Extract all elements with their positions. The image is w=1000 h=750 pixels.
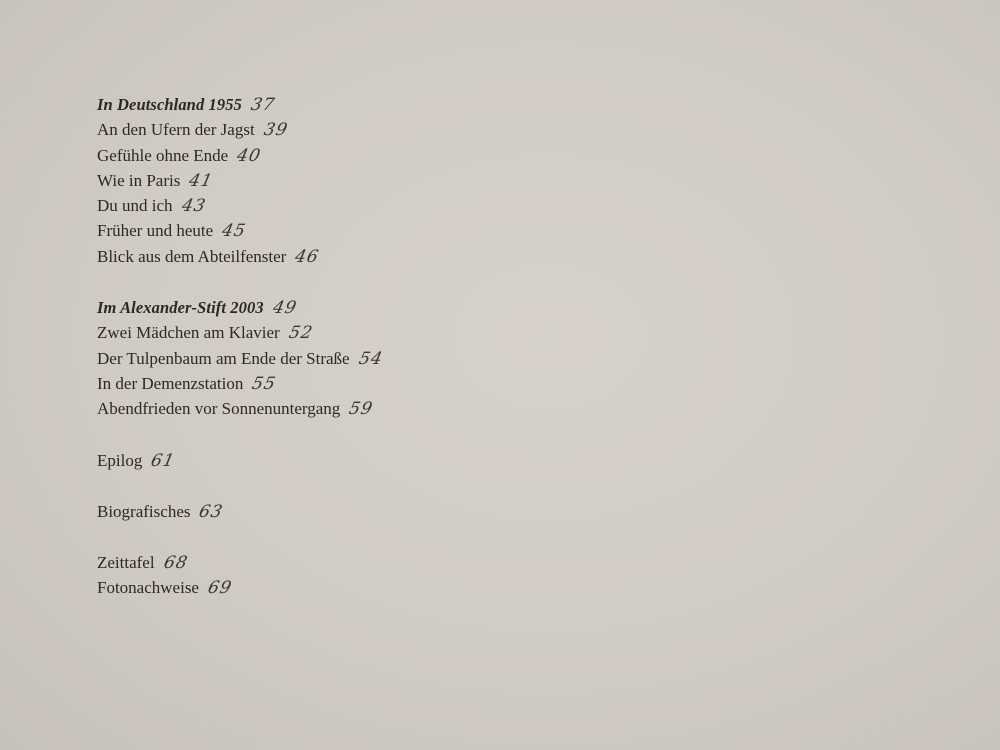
book-page: In Deutschland 1955 37 An den Ufern der … bbox=[0, 0, 1000, 750]
page-number: 59 bbox=[347, 397, 376, 422]
toc-entry: Fotonachweise 69 bbox=[97, 575, 382, 600]
toc-entry: Zeittafel 68 bbox=[97, 550, 382, 575]
section-heading: In Deutschland 1955 37 bbox=[97, 92, 382, 117]
table-of-contents: In Deutschland 1955 37 An den Ufern der … bbox=[97, 92, 382, 627]
entry-title: In der Demenzstation bbox=[97, 371, 243, 396]
section-heading-title: In Deutschland 1955 bbox=[97, 92, 242, 117]
page-number: 52 bbox=[286, 321, 315, 346]
toc-entry: Abendfrieden vor Sonnenuntergang 59 bbox=[97, 396, 382, 421]
toc-entry: An den Ufern der Jagst 39 bbox=[97, 117, 382, 142]
toc-entry: In der Demenzstation 55 bbox=[97, 371, 382, 396]
section-heading: Im Alexander-Stift 2003 49 bbox=[97, 295, 382, 320]
entry-title: Abendfrieden vor Sonnenuntergang bbox=[97, 396, 340, 421]
toc-entry: Epilog 61 bbox=[97, 448, 382, 473]
page-number: 63 bbox=[197, 500, 226, 525]
toc-entry: Zwei Mädchen am Klavier 52 bbox=[97, 320, 382, 345]
page-number: 69 bbox=[205, 576, 234, 601]
entry-title: Zwei Mädchen am Klavier bbox=[97, 320, 280, 345]
section-heading-title: Im Alexander-Stift 2003 bbox=[97, 295, 264, 320]
page-number: 55 bbox=[250, 372, 279, 397]
page-number: 46 bbox=[293, 245, 322, 270]
entry-title: Epilog bbox=[97, 448, 142, 473]
entry-title: Gefühle ohne Ende bbox=[97, 143, 228, 168]
entry-title: Der Tulpenbaum am Ende der Straße bbox=[97, 346, 350, 371]
toc-section-epilog: Epilog 61 bbox=[97, 448, 382, 473]
page-number: 61 bbox=[149, 449, 178, 474]
entry-title: Fotonachweise bbox=[97, 575, 199, 600]
entry-title: Blick aus dem Abteilfenster bbox=[97, 244, 286, 269]
toc-section-alexander-stift-2003: Im Alexander-Stift 2003 49 Zwei Mädchen … bbox=[97, 295, 382, 421]
toc-entry: Früher und heute 45 bbox=[97, 218, 382, 243]
toc-section-deutschland-1955: In Deutschland 1955 37 An den Ufern der … bbox=[97, 92, 382, 269]
entry-title: Wie in Paris bbox=[97, 168, 180, 193]
page-number: 45 bbox=[219, 219, 248, 244]
entry-title: Zeittafel bbox=[97, 550, 155, 575]
toc-entry: Der Tulpenbaum am Ende der Straße 54 bbox=[97, 346, 382, 371]
toc-section-biografisches: Biografisches 63 bbox=[97, 499, 382, 524]
toc-entry: Gefühle ohne Ende 40 bbox=[97, 143, 382, 168]
entry-title: An den Ufern der Jagst bbox=[97, 117, 255, 142]
entry-title: Du und ich bbox=[97, 193, 173, 218]
page-number: 39 bbox=[261, 118, 290, 143]
page-number: 68 bbox=[161, 551, 190, 576]
page-number: 40 bbox=[235, 144, 264, 169]
toc-entry: Biografisches 63 bbox=[97, 499, 382, 524]
toc-entry: Blick aus dem Abteilfenster 46 bbox=[97, 244, 382, 269]
toc-entry: Du und ich 43 bbox=[97, 193, 382, 218]
entry-title: Früher und heute bbox=[97, 218, 213, 243]
page-number: 54 bbox=[356, 347, 385, 372]
page-number: 41 bbox=[187, 169, 216, 194]
page-number: 37 bbox=[248, 93, 277, 118]
entry-title: Biografisches bbox=[97, 499, 190, 524]
page-number: 43 bbox=[179, 194, 208, 219]
toc-entry: Wie in Paris 41 bbox=[97, 168, 382, 193]
toc-section-appendix: Zeittafel 68 Fotonachweise 69 bbox=[97, 550, 382, 601]
page-number: 49 bbox=[270, 296, 299, 321]
